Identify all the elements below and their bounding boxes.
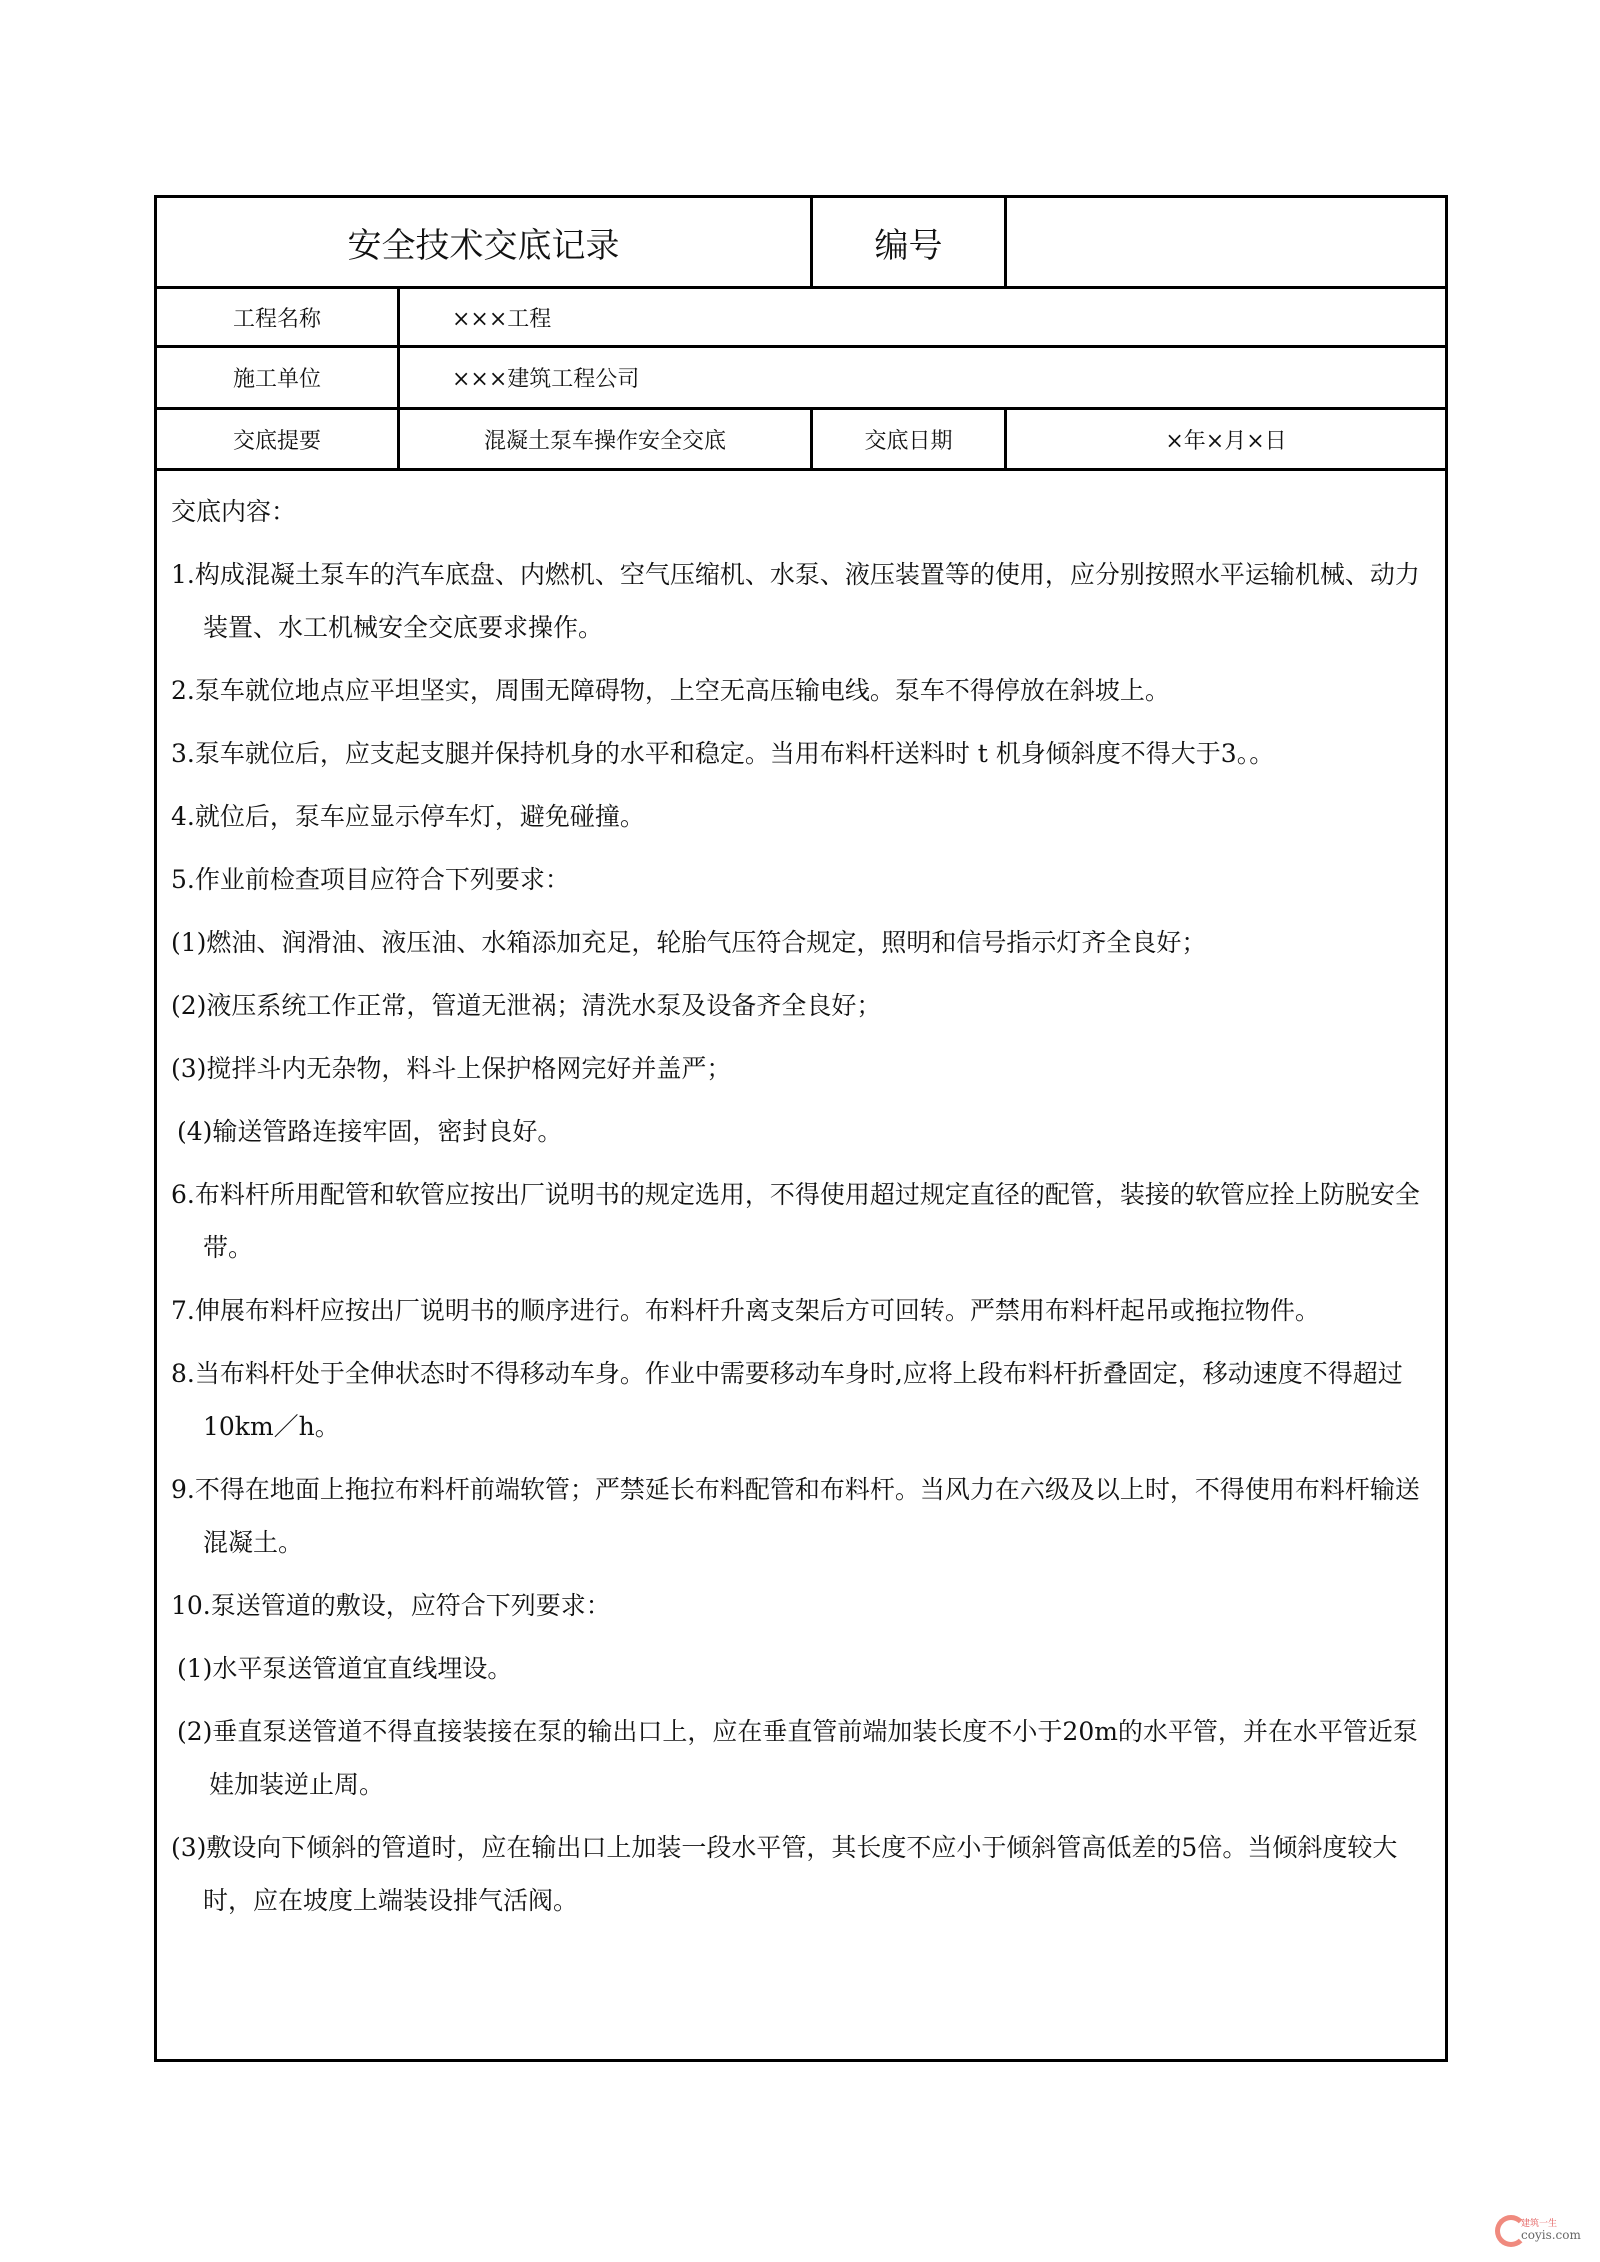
- content-subitem: (1)水平泵送管道宜直线埋设。: [171, 1642, 1433, 1695]
- watermark-logo: 建筑一生 coyis.com: [1495, 2215, 1595, 2255]
- content-item: 8.当布料杆处于全伸状态时不得移动车身。作业中需要移动车身时,应将上段布料杆折叠…: [171, 1347, 1433, 1453]
- content-subitem: (3)搅拌斗内无杂物，料斗上保护格网完好并盖严；: [171, 1042, 1433, 1095]
- summary-value: 混凝土泵车操作安全交底: [397, 410, 810, 468]
- content-item: 6.布料杆所用配管和软管应按出厂说明书的规定选用，不得使用超过规定直径的配管，装…: [171, 1168, 1433, 1274]
- number-value: [1004, 198, 1445, 286]
- content-item: 3.泵车就位后，应支起支腿并保持机身的水平和稳定。当用布料杆送料时 t 机身倾斜…: [171, 727, 1433, 780]
- content-heading: 交底内容：: [171, 485, 1433, 538]
- summary-row: 交底提要 混凝土泵车操作安全交底 交底日期 ×年×月×日: [157, 410, 1445, 471]
- content-item: 4.就位后，泵车应显示停车灯，避免碰撞。: [171, 790, 1433, 843]
- content-subitem: (3)敷设向下倾斜的管道时，应在输出口上加装一段水平管，其长度不应小于倾斜管高低…: [171, 1821, 1433, 1927]
- contractor-value: ×××建筑工程公司: [397, 348, 1445, 407]
- briefing-content: 交底内容： 1.构成混凝土泵车的汽车底盘、内燃机、空气压缩机、水泵、液压装置等的…: [157, 471, 1445, 2059]
- content-item: 1.构成混凝土泵车的汽车底盘、内燃机、空气压缩机、水泵、液压装置等的使用，应分别…: [171, 548, 1433, 654]
- contractor-row: 施工单位 ×××建筑工程公司: [157, 348, 1445, 410]
- content-item: 10.泵送管道的敷设，应符合下列要求：: [171, 1579, 1433, 1632]
- content-subitem: (1)燃油、润滑油、液压油、水箱添加充足，轮胎气压符合规定，照明和信号指示灯齐全…: [171, 916, 1433, 969]
- date-value: ×年×月×日: [1004, 410, 1445, 468]
- number-label: 编号: [810, 198, 1004, 286]
- summary-label: 交底提要: [157, 410, 397, 468]
- content-item: 2.泵车就位地点应平坦坚实，周围无障碍物，上空无高压输电线。泵车不得停放在斜坡上…: [171, 664, 1433, 717]
- title-row: 安全技术交底记录 编号: [157, 198, 1445, 289]
- project-name-row: 工程名称 ×××工程: [157, 289, 1445, 348]
- project-name-label: 工程名称: [157, 289, 397, 345]
- safety-briefing-form: 安全技术交底记录 编号 工程名称 ×××工程 施工单位 ×××建筑工程公司 交底…: [154, 195, 1448, 2062]
- content-item: 5.作业前检查项目应符合下列要求：: [171, 853, 1433, 906]
- contractor-label: 施工单位: [157, 348, 397, 407]
- content-item: 7.伸展布料杆应按出厂说明书的顺序进行。布料杆升离支架后方可回转。严禁用布料杆起…: [171, 1284, 1433, 1337]
- content-subitem: (2)液压系统工作正常，管道无泄祸；清洗水泵及设备齐全良好；: [171, 979, 1433, 1032]
- watermark-en: coyis.com: [1521, 2228, 1581, 2242]
- content-item: 9.不得在地面上拖拉布料杆前端软管；严禁延长布料配管和布料杆。当风力在六级及以上…: [171, 1463, 1433, 1569]
- date-label: 交底日期: [810, 410, 1004, 468]
- content-subitem: (2)垂直泵送管道不得直接装接在泵的输出口上，应在垂直管前端加装长度不小于20m…: [171, 1705, 1433, 1811]
- form-title: 安全技术交底记录: [157, 198, 810, 286]
- content-subitem: (4)输送管路连接牢固，密封良好。: [171, 1105, 1433, 1158]
- project-name-value: ×××工程: [397, 289, 1445, 345]
